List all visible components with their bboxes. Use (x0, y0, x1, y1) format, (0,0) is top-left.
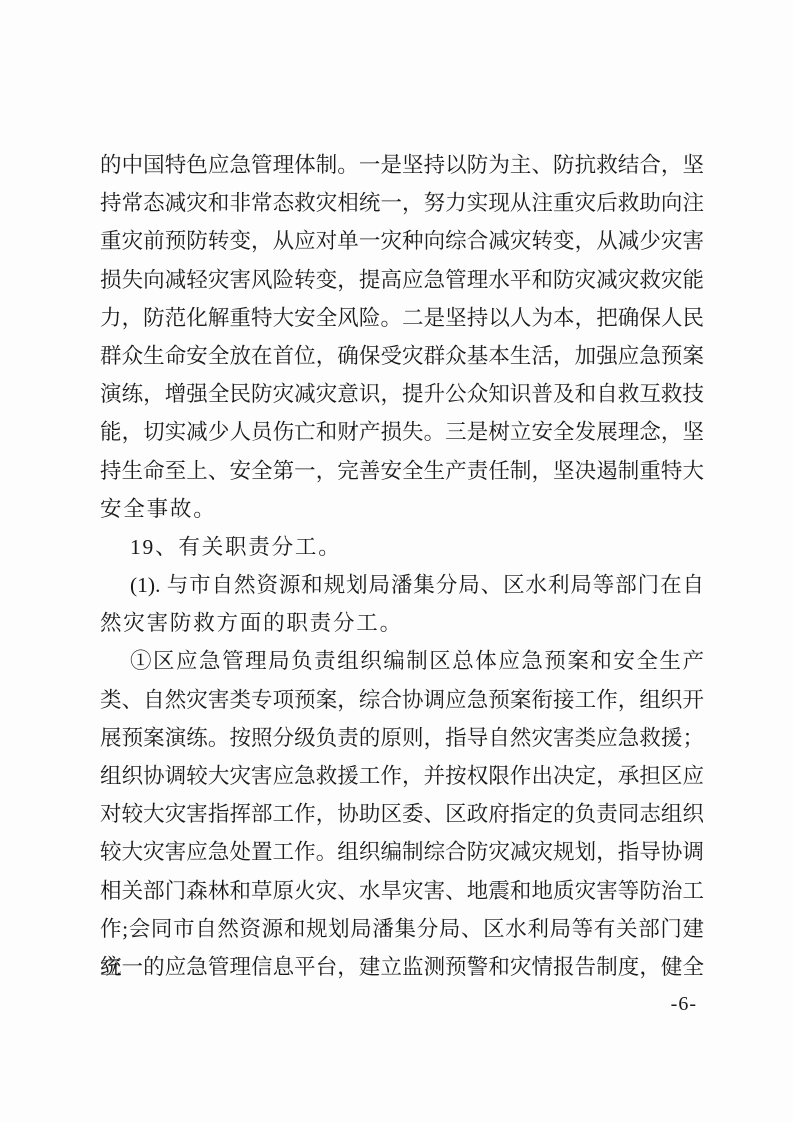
document-line: 安全事故。 (100, 490, 704, 528)
document-line: 类、自然灾害类专项预案，综合协调应急预案衔接工作，组织开 (100, 681, 704, 719)
document-line: (1). 与市自然资源和规划局潘集分局、区水利局等部门在自 (100, 566, 704, 604)
document-line: 演练，增强全民防灾减灾意识，提升公众知识普及和自救互救技 (100, 375, 704, 413)
document-line: 能，切实减少人员伤亡和财产损失。三是树立安全发展理念，坚 (100, 413, 704, 451)
page-number: -6- (671, 988, 697, 1020)
document-line: 的中国特色应急管理体制。一是坚持以防为主、防抗救结合，坚 (100, 146, 704, 184)
document-line: 统一的应急管理信息平台，建立监测预警和灾情报告制度，健全 (100, 948, 704, 986)
document-line: 对较大灾害指挥部工作，协助区委、区政府指定的负责同志组织 (100, 795, 704, 833)
document-line: 持生命至上、安全第一，完善安全生产责任制，坚决遏制重特大 (100, 452, 704, 490)
text-block: 的中国特色应急管理体制。一是坚持以防为主、防抗救结合，坚持常态减灾和非常态救灾相… (100, 146, 704, 986)
document-line: 相关部门森林和草原火灾、水旱灾害、地震和地质灾害等防治工 (100, 872, 704, 910)
document-line: 较大灾害应急处置工作。组织编制综合防灾减灾规划，指导协调 (100, 833, 704, 871)
document-line: 群众生命安全放在首位，确保受灾群众基本生活，加强应急预案 (100, 337, 704, 375)
document-line: ①区应急管理局负责组织编制区总体应急预案和安全生产 (100, 642, 704, 680)
document-line: 然灾害防救方面的职责分工。 (100, 604, 704, 642)
document-line: 持常态减灾和非常态救灾相统一，努力实现从注重灾后救助向注 (100, 184, 704, 222)
document-line: 展预案演练。按照分级负责的原则，指导自然灾害类应急救援； (100, 719, 704, 757)
document-line: 力，防范化解重特大安全风险。二是坚持以人为本，把确保人民 (100, 299, 704, 337)
document-line: 重灾前预防转变，从应对单一灾种向综合减灾转变，从减少灾害 (100, 222, 704, 260)
document-page: 的中国特色应急管理体制。一是坚持以防为主、防抗救结合，坚持常态减灾和非常态救灾相… (0, 0, 793, 1122)
document-line: 组织协调较大灾害应急救援工作，并按权限作出决定，承担区应 (100, 757, 704, 795)
document-line: 19、有关职责分工。 (100, 528, 704, 566)
document-line: 损失向减轻灾害风险转变，提高应急管理水平和防灾减灾救灾能 (100, 261, 704, 299)
document-line: 作;会同市自然资源和规划局潘集分局、区水利局等有关部门建立 (100, 910, 704, 948)
